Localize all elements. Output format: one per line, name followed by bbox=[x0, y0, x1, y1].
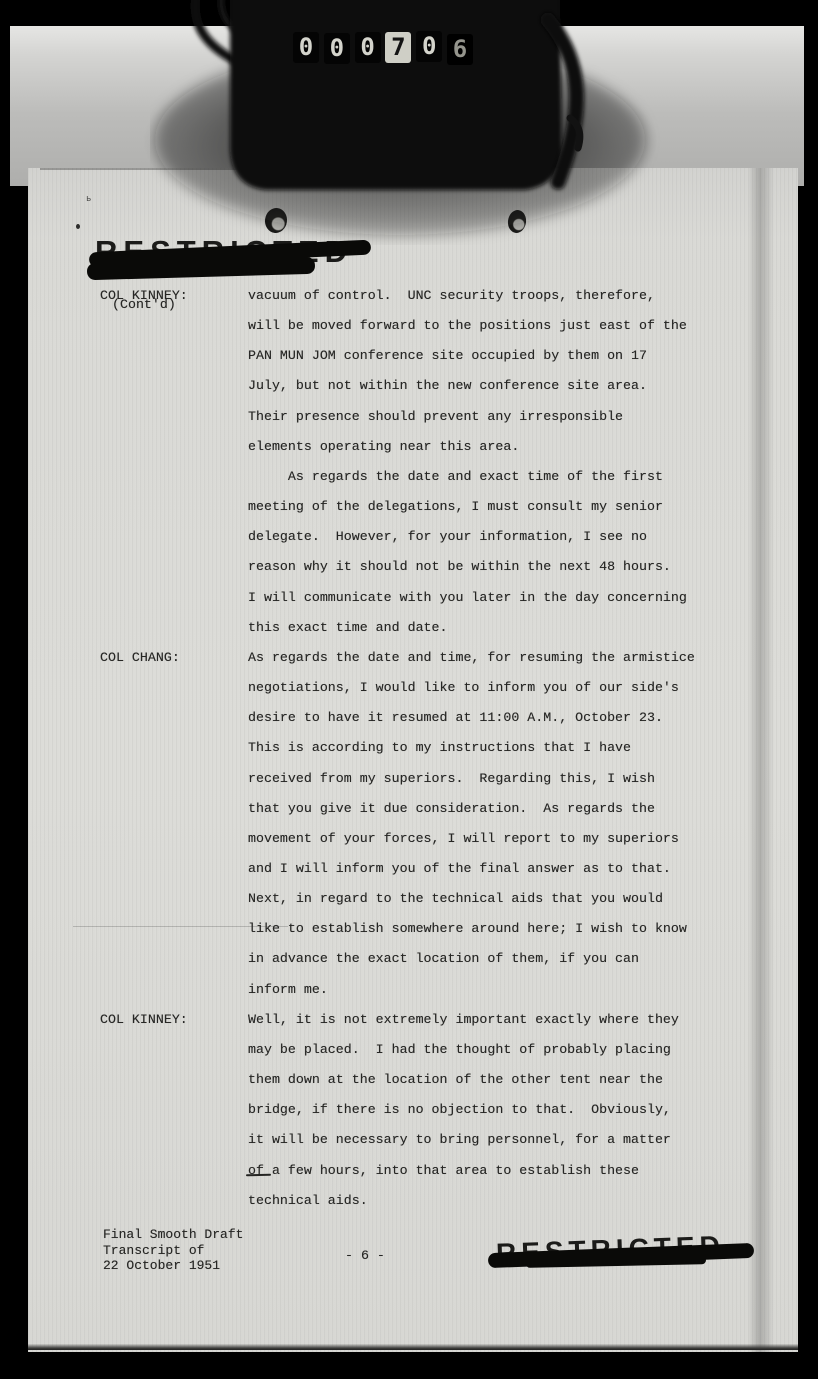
transcript-line: I will communicate with you later in the… bbox=[248, 583, 720, 613]
transcript-block: COL CHANG:As regards the date and time, … bbox=[100, 643, 720, 1005]
transcript-line: desire to have it resumed at 11:00 A.M.,… bbox=[248, 703, 720, 733]
transcript-line: movement of your forces, I will report t… bbox=[248, 824, 720, 854]
transcript-line: reason why it should not be within the n… bbox=[248, 552, 720, 582]
counter-digit: 7 bbox=[385, 32, 411, 63]
transcript-line: July, but not within the new conference … bbox=[248, 371, 720, 401]
transcript-line: delegate. However, for your information,… bbox=[248, 522, 720, 552]
counter-digit: 0 bbox=[416, 31, 442, 62]
transcript-line: elements operating near this area. bbox=[248, 432, 720, 462]
transcript-line: PAN MUN JOM conference site occupied by … bbox=[248, 341, 720, 371]
counter-digit: 0 bbox=[324, 33, 350, 64]
transcript-line: meeting of the delegations, I must consu… bbox=[248, 492, 720, 522]
transcript-line: received from my superiors. Regarding th… bbox=[248, 764, 720, 794]
speaker-note: (Cont'd) bbox=[112, 298, 176, 312]
transcript-line: this exact time and date. bbox=[248, 613, 720, 643]
transcript-line: them down at the location of the other t… bbox=[248, 1065, 720, 1095]
page-fold-shadow bbox=[748, 168, 774, 1352]
pencil-mark: ь bbox=[86, 194, 91, 204]
transcript-line: of a few hours, into that area to establ… bbox=[248, 1156, 720, 1186]
footer-note-line: Final Smooth Draft bbox=[103, 1227, 243, 1243]
footer-note-line: 22 October 1951 bbox=[103, 1258, 243, 1274]
device-body bbox=[230, 0, 562, 190]
counter-digit: 0 bbox=[293, 32, 319, 63]
ink-dot bbox=[76, 224, 80, 229]
counter-device: 000706 bbox=[150, 0, 670, 245]
transcript-body: COL KINNEY:(Cont'd)vacuum of control. UN… bbox=[100, 281, 720, 1216]
speaker-label: COL KINNEY: bbox=[100, 1005, 188, 1035]
transcript-line: may be placed. I had the thought of prob… bbox=[248, 1035, 720, 1065]
scanned-document-frame: ь RESTRICTED RESTRICTED COL KINNEY:(Cont… bbox=[0, 0, 818, 1379]
transcript-block: As regards the date and exact time of th… bbox=[100, 462, 720, 643]
transcript-line: that you give it due consideration. As r… bbox=[248, 794, 720, 824]
transcript-line: and I will inform you of the final answe… bbox=[248, 854, 720, 884]
transcript-line: like to establish somewhere around here;… bbox=[248, 914, 720, 944]
transcript-line: Next, in regard to the technical aids th… bbox=[248, 884, 720, 914]
transcript-line: This is according to my instructions tha… bbox=[248, 733, 720, 763]
transcript-line: inform me. bbox=[248, 975, 720, 1005]
counter-digit: 6 bbox=[447, 34, 473, 65]
footer-note-line: Transcript of bbox=[103, 1243, 243, 1259]
transcript-line: Well, it is not extremely important exac… bbox=[248, 1005, 720, 1035]
transcript-line: Their presence should prevent any irresp… bbox=[248, 402, 720, 432]
transcript-line: negotiations, I would like to inform you… bbox=[248, 673, 720, 703]
counter-digits: 000706 bbox=[293, 31, 473, 64]
restricted-stamp-bottom: RESTRICTED bbox=[496, 1234, 725, 1266]
page-number: - 6 - bbox=[345, 1248, 385, 1263]
transcript-line: in advance the exact location of them, i… bbox=[248, 944, 720, 974]
transcript-line: it will be necessary to bring personnel,… bbox=[248, 1125, 720, 1155]
counter-digit: 0 bbox=[355, 32, 381, 63]
footer-note: Final Smooth DraftTranscript of22 Octobe… bbox=[103, 1227, 243, 1274]
transcript-line: As regards the date and time, for resumi… bbox=[248, 643, 720, 673]
transcript-line: As regards the date and exact time of th… bbox=[248, 462, 720, 492]
transcript-line: bridge, if there is no objection to that… bbox=[248, 1095, 720, 1125]
transcript-block: COL KINNEY:(Cont'd)vacuum of control. UN… bbox=[100, 281, 720, 462]
page-bottom-edge bbox=[28, 1344, 798, 1350]
transcript-line: technical aids. bbox=[248, 1186, 720, 1216]
speaker-label: COL CHANG: bbox=[100, 643, 180, 673]
transcript-line: vacuum of control. UNC security troops, … bbox=[248, 281, 720, 311]
transcript-block: COL KINNEY:Well, it is not extremely imp… bbox=[100, 1005, 720, 1216]
transcript-line: will be moved forward to the positions j… bbox=[248, 311, 720, 341]
